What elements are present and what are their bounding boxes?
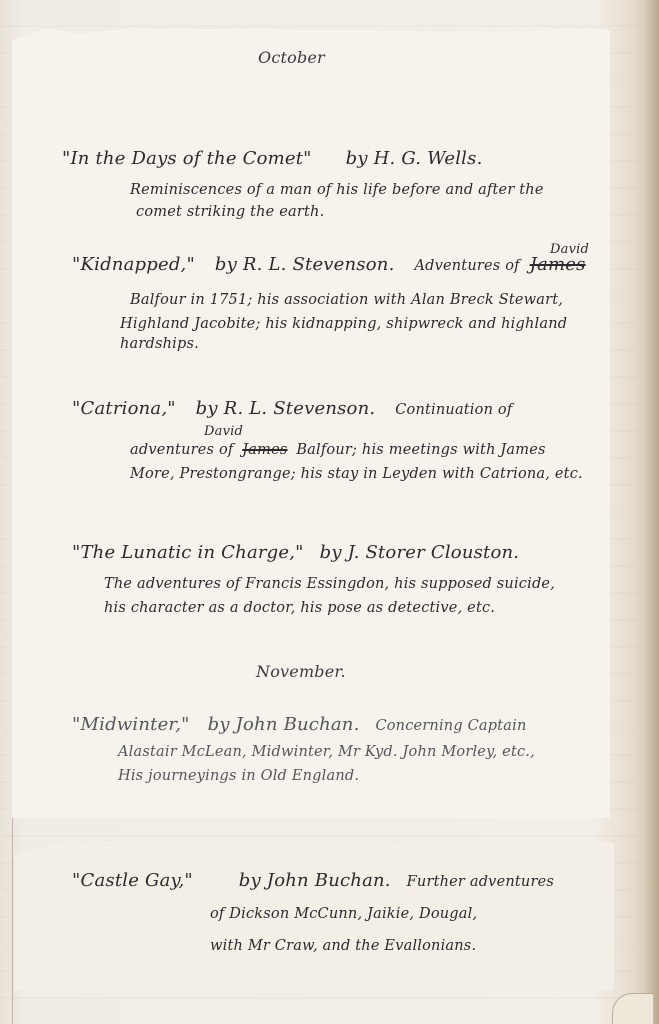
month-heading-october: October xyxy=(258,48,325,67)
book-title: "Midwinter," xyxy=(72,714,190,735)
description-line: His journeyings in Old England. xyxy=(118,768,359,784)
struck-out-word: James xyxy=(242,442,287,458)
description-line: Continuation of xyxy=(395,402,512,418)
description-line: adventures of xyxy=(130,442,233,458)
description-line: Balfour; his meetings with James xyxy=(296,442,545,458)
book-title: "Catriona," xyxy=(72,398,176,419)
book-author: by John Buchan. xyxy=(239,870,391,891)
struck-out-word: James xyxy=(530,254,586,275)
description-line: Further adventures xyxy=(407,874,554,890)
description-line: More, Prestongrange; his stay in Leyden … xyxy=(130,466,583,482)
description-line: hardships. xyxy=(120,336,199,352)
book-title: "Kidnapped," xyxy=(72,254,195,275)
notebook-page-edge xyxy=(645,0,659,1024)
book-author: by R. L. Stevenson. xyxy=(196,398,376,419)
pasted-slip-second: "Castle Gay," by John Buchan. Further ad… xyxy=(14,840,614,990)
description-line: his character as a doctor, his pose as d… xyxy=(104,600,495,616)
description-line: Concerning Captain xyxy=(375,718,526,734)
description-line: Reminiscences of a man of his life befor… xyxy=(130,182,544,198)
book-title: "In the Days of the Comet" xyxy=(62,148,312,169)
description-line: comet striking the earth. xyxy=(136,204,324,220)
book-author: by R. L. Stevenson. xyxy=(215,254,395,275)
book-title: "Castle Gay," xyxy=(72,870,193,891)
book-author: by J. Storer Clouston. xyxy=(320,542,520,563)
handwritten-correction: David xyxy=(550,242,589,257)
description-line: Highland Jacobite; his kidnapping, shipw… xyxy=(120,316,567,332)
book-author: by John Buchan. xyxy=(208,714,360,735)
handwritten-correction: David xyxy=(204,424,243,439)
description-line: Balfour in 1751; his association with Al… xyxy=(130,292,563,308)
book-author: by H. G. Wells. xyxy=(346,148,483,169)
description-line: Adventures of xyxy=(414,258,519,274)
description-line: of Dickson McCunn, Jaikie, Dougal, xyxy=(210,906,477,922)
page-corner-fold xyxy=(612,993,653,1024)
book-title: "The Lunatic in Charge," xyxy=(72,542,304,563)
month-heading-november: November. xyxy=(256,662,346,681)
description-line: The adventures of Francis Essingdon, his… xyxy=(104,576,555,592)
description-line: with Mr Craw, and the Evallonians. xyxy=(210,938,476,954)
pasted-slip-main: October "In the Days of the Comet" by H.… xyxy=(12,28,610,818)
description-line: Alastair McLean, Midwinter, Mr Kyd. John… xyxy=(118,744,535,760)
